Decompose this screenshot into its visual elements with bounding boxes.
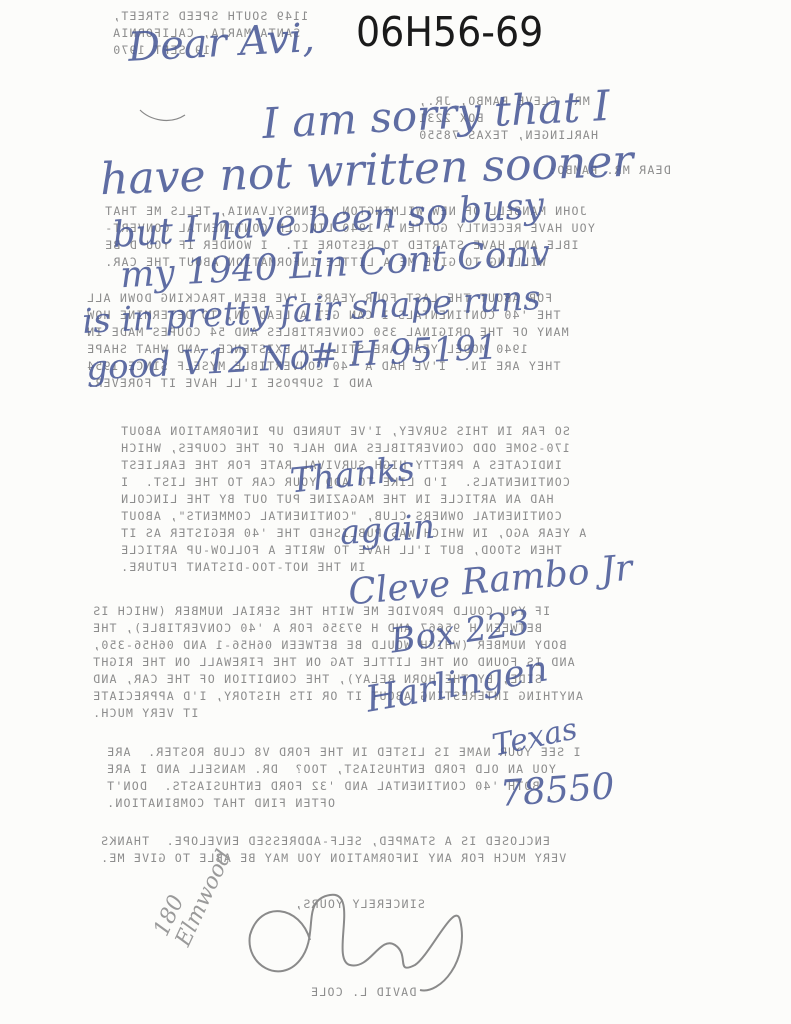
file-number-stamp: 06H56-69: [356, 8, 543, 56]
text-line: HAD AN ARTICLE IN THE MAGAZINE PUT OUT B…: [120, 491, 660, 508]
handwritten-line: have not written sooner: [99, 136, 634, 206]
text-line: AND IS FOUND ON THE LITTLE TAG ON THE FI…: [92, 654, 652, 671]
handwritten-again: again: [339, 507, 437, 554]
handwritten-zip: 78550: [499, 766, 616, 815]
text-line: ENCLOSED IS A STAMPED, SELF-ADDRESSED EN…: [100, 833, 660, 850]
text-line: BETWEEN H 95667 AND H 97356 FOR A '40 CO…: [92, 620, 652, 637]
handwritten-greeting: Dear Avi,: [127, 15, 316, 71]
closing: SINCERELY YOURS,: [294, 896, 425, 913]
text-line: BODY NUMBER (WHICH WOULD BE BETWEEN 06H5…: [92, 637, 652, 654]
text-line: SO FAR IN THIS SURVEY, I'VE TURNED UP IN…: [120, 423, 660, 440]
typed-signature: DAVID L. COLE: [310, 984, 416, 1001]
letter-page: 06H56-69 1149 SOUTH SPEED STREET, SANTA …: [0, 0, 791, 1024]
text-line: I SEE YOUR NAME IS LISTED IN THE FORD V8…: [106, 744, 666, 761]
